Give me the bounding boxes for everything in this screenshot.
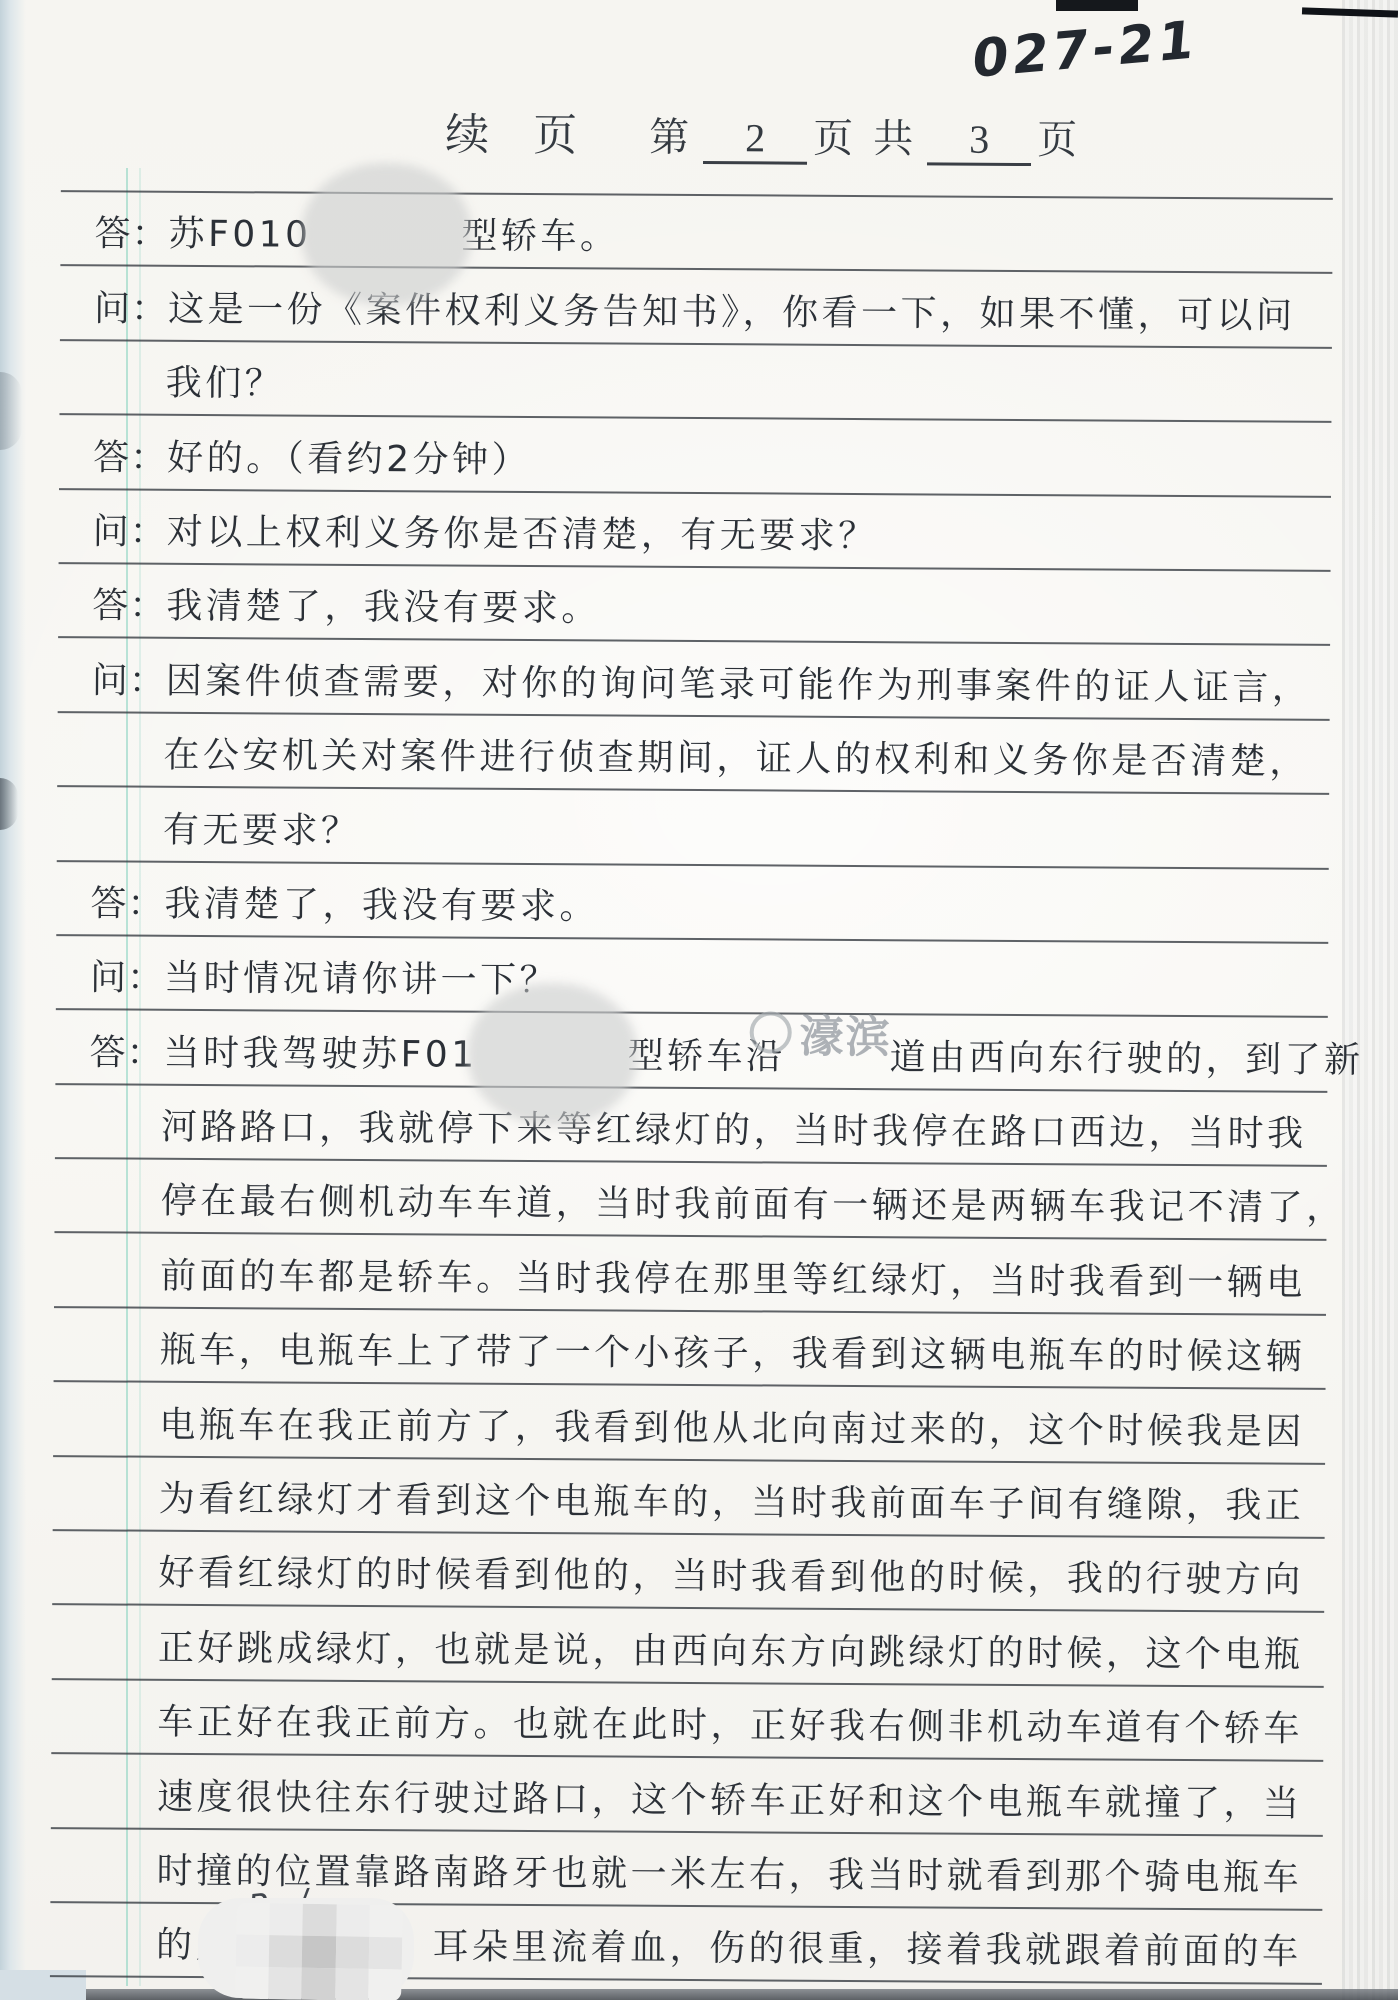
page-indicator-pages-label: 页: [813, 116, 861, 161]
transcript-row: 停在最右侧机动车车道，当时我前面有一辆还是两辆车我记不清了，: [54, 1159, 1326, 1241]
speaker-prefix: [91, 852, 163, 860]
text-segment: 当时情况请你讲一下？: [164, 958, 559, 1001]
transcript-row: 答：当时我驾驶苏F01型轿车沿濠滨道由西向东行驶的，到了新: [55, 1010, 1327, 1092]
handwritten-line: 河路路口，我就停下来等红绿灯的，当时我停在路口西边，当时我: [161, 1099, 1327, 1165]
speaker-prefix: [85, 1819, 157, 1827]
scan-edge-left: [0, 0, 26, 2000]
text-segment: 瓶车，电瓶车上了带了一个小孩子，我看到这辆电瓶车的时候这辆: [160, 1330, 1306, 1378]
text-segment: 正好跳成绿灯，也就是说，由西向东方向跳绿灯的时候，这个电瓶: [158, 1628, 1304, 1676]
speaker-prefix: 答：: [90, 875, 164, 934]
handwritten-line: 车正好在我正前方。也就在此时，正好我右侧非机动车道有个轿车: [157, 1694, 1323, 1760]
transcript-row: 问：因案件侦查需要，对你的询问笔录可能作为刑事案件的证人证言，: [58, 638, 1330, 720]
handwritten-line: 因案件侦查需要，对你的询问笔录可能作为刑事案件的证人证言，: [166, 653, 1330, 719]
speaker-prefix: [88, 1224, 160, 1232]
transcript-row: 速度很快往东行驶过路口，这个轿车正好和这个电瓶车就撞了，当: [51, 1754, 1323, 1836]
text-segment: 当时我驾驶苏F01: [163, 1032, 477, 1075]
text-segment: 道由西向东行驶的，到了新: [889, 1037, 1363, 1081]
speaker-prefix: [88, 1298, 160, 1306]
handwritten-line: 好看红绿灯的时候看到他的，当时我看到他的时候，我的行驶方向: [158, 1545, 1324, 1611]
handwritten-corner-code: 027-21: [970, 10, 1201, 90]
redaction-blur: [311, 235, 461, 248]
handwritten-line: 我们？: [165, 355, 1331, 421]
transcript-row: 车正好在我正前方。也就在此时，正好我右侧非机动车道有个轿车: [51, 1680, 1323, 1762]
text-segment: 车正好在我正前方。也就在此时，正好我右侧非机动车道有个轿车: [157, 1702, 1303, 1750]
handwritten-line: 当时我驾驶苏F01型轿车沿濠滨道由西向东行驶的，到了新: [163, 1024, 1363, 1090]
speaker-prefix: [85, 1745, 157, 1753]
scanned-document-page: { "scan": { "corner_code": "027-21", "wa…: [0, 0, 1398, 2000]
handwritten-line: 在公安机关对案件进行侦查期间，证人的权利和义务你是否清楚，: [163, 727, 1329, 793]
transcript-row: 在公安机关对案件进行侦查期间，证人的权利和义务你是否清楚，: [57, 713, 1329, 795]
handwritten-line: 前面的车都是轿车。当时我停在那里等红绿灯，当时我看到一辆电: [160, 1248, 1326, 1314]
text-segment: 电瓶车在我正前方了，我看到他从北向南过来的，这个时候我是因: [159, 1404, 1305, 1452]
text-segment: 河路路口，我就停下来等红绿灯的，当时我停在路口西边，当时我: [161, 1107, 1307, 1155]
text-segment: 我清楚了，我没有要求。: [164, 884, 599, 928]
speaker-prefix: 答：: [93, 429, 167, 488]
transcript-row: 答：我清楚了，我没有要求。: [56, 862, 1328, 944]
transcript-row: 问：这是一份《案件权利义务告知书》，你看一下，如果不懂，可以问: [60, 267, 1332, 349]
speaker-prefix: 答：: [94, 206, 168, 265]
page-indicator: 第2页共3页: [643, 106, 1091, 167]
page-indicator-of-label: 共: [873, 116, 921, 161]
page-number: 2: [703, 115, 807, 165]
text-segment: 因案件侦查需要，对你的询问笔录可能作为刑事案件的证人证言，: [166, 661, 1312, 709]
watermark-text: 濠滨: [800, 1000, 892, 1065]
speaker-prefix: [87, 1521, 159, 1529]
speaker-prefix: 问：: [93, 503, 167, 562]
transcript-row: 问：对以上权利义务你是否清楚，有无要求？: [59, 490, 1331, 572]
scan-artifact-line: [1056, 0, 1138, 11]
transcript-row: 前面的车都是轿车。当时我停在那里等红绿灯，当时我看到一辆电: [54, 1234, 1326, 1316]
text-segment: 型轿车。: [461, 216, 619, 258]
speaker-prefix: [88, 1373, 160, 1381]
speaker-prefix: [86, 1596, 158, 1604]
handwritten-line: 正好跳成绿灯，也就是说，由西向东方向跳绿灯的时候，这个电瓶: [158, 1620, 1324, 1686]
page-title: 续页: [445, 98, 621, 163]
transcript-row: 河路路口，我就停下来等红绿灯的，当时我停在路口西边，当时我: [55, 1085, 1327, 1167]
text-segment: 前面的车都是轿车。当时我停在那里等红绿灯，当时我看到一辆电: [160, 1256, 1306, 1304]
handwritten-line: 我清楚了，我没有要求。: [164, 876, 1328, 942]
paper-background: 027-21 续页 第2页共3页 答：苏F010型轿车。问：这是一份《案件权利义…: [0, 0, 1398, 2000]
transcript-row: 电瓶车在我正前方了，我看到他从北向南过来的，这个时候我是因: [53, 1382, 1325, 1464]
text-segment: 这是一份《案件权利义务告知书》，你看一下，如果不懂，可以问: [168, 289, 1296, 337]
text-segment: 停在最右侧机动车车道，当时我前面有一辆还是两辆车我记不清了，: [161, 1181, 1346, 1229]
text-segment: 在公安机关对案件进行侦查期间，证人的权利和义务你是否清楚，: [163, 735, 1309, 783]
page-fold-mark: [0, 372, 22, 450]
text-segment: 好看红绿灯的时候看到他的，当时我看到他的时候，我的行驶方向: [158, 1553, 1304, 1601]
handwritten-line: 瓶车，电瓶车上了带了一个小孩子，我看到这辆电瓶车的时候这辆: [160, 1322, 1326, 1388]
page-indicator-prefix: 第: [649, 115, 697, 160]
site-watermark: 濠滨: [750, 1000, 892, 1065]
redaction-blur: [478, 1054, 628, 1067]
handwritten-line: 我清楚了，我没有要求。: [166, 578, 1330, 644]
transcript-row: 正好跳成绿灯，也就是说，由西向东方向跳绿灯的时候，这个电瓶: [52, 1606, 1324, 1688]
text-segment: 我们？: [166, 363, 285, 405]
speaker-prefix: 答：: [89, 1024, 163, 1083]
text-segment: 苏F010: [168, 214, 311, 256]
speaker-prefix: [84, 1893, 156, 1901]
redaction-mosaic: [235, 1903, 403, 2000]
speaker-prefix: 问：: [94, 280, 168, 339]
transcript-row: 瓶车，电瓶车上了带了一个小孩子，我看到这辆电瓶车的时候这辆: [54, 1308, 1326, 1390]
total-pages: 3: [927, 116, 1031, 166]
speaker-prefix: [87, 1447, 159, 1455]
handwritten-line: 电瓶车在我正前方了，我看到他从北向南过来的，这个时候我是因: [159, 1396, 1325, 1462]
handwritten-line: 为看红绿灯才看到这个电瓶车的，当时我前面车子间有缝隙，我正: [159, 1471, 1325, 1537]
speaker-prefix: [86, 1670, 158, 1678]
transcript-row: 有无要求？: [57, 787, 1329, 869]
speaker-prefix: 答：: [92, 578, 166, 637]
speaker-prefix: [91, 777, 163, 785]
page-indicator-suffix: 页: [1037, 117, 1085, 162]
transcript-row: 答：好的。（看约2分钟）: [59, 415, 1331, 497]
transcript-row: 问：当时情况请你讲一下？: [56, 936, 1328, 1018]
transcript-row: 我们？: [59, 341, 1331, 423]
text-segment: 好的。（看约2分钟）: [167, 437, 531, 480]
transcript-row: 为看红绿灯才看到这个电瓶车的，当时我前面车子间有缝隙，我正: [53, 1457, 1325, 1539]
text-segment: 我清楚了，我没有要求。: [166, 586, 601, 630]
handwritten-line: 对以上权利义务你是否清楚，有无要求？: [167, 504, 1331, 570]
text-segment: 有无要求？: [163, 809, 361, 851]
handwritten-line: 苏F010型轿车。: [168, 206, 1332, 272]
watermark-gap: 濠滨: [786, 1056, 890, 1069]
speaker-prefix: 问：: [90, 950, 164, 1009]
text-segment: 为看红绿灯才看到这个电瓶车的，当时我前面车子间有缝隙，我正: [159, 1479, 1305, 1527]
speaker-prefix: 问：: [92, 652, 166, 711]
transcript-row: 答：苏F010型轿车。: [60, 192, 1332, 274]
speaker-prefix: [89, 1149, 161, 1157]
scan-edge-right: [1342, 0, 1398, 2000]
handwritten-line: 停在最右侧机动车车道，当时我前面有一辆还是两辆车我记不清了，: [160, 1173, 1345, 1239]
handwritten-line: 速度很快往东行驶过路口，这个轿车正好和这个电瓶车就撞了，当: [157, 1768, 1323, 1834]
handwritten-line: 有无要求？: [163, 801, 1329, 867]
text-segment: 速度很快往东行驶过路口，这个轿车正好和这个电瓶车就撞了，当: [157, 1776, 1303, 1824]
record-sheet: 续页 第2页共3页 答：苏F010型轿车。问：这是一份《案件权利义务告知书》，你…: [0, 0, 1398, 8]
speaker-prefix: [84, 1968, 156, 1976]
text-segment: 对以上权利义务你是否清楚，有无要求？: [167, 512, 878, 557]
handwritten-line: 当时情况请你讲一下？: [164, 950, 1328, 1016]
speaker-prefix: [93, 406, 165, 414]
transcript-row: 答：我清楚了，我没有要求。: [58, 564, 1330, 646]
watermark-ring-icon: [750, 1011, 792, 1053]
handwritten-line: 好的。（看约2分钟）: [167, 429, 1331, 495]
transcript-rows: 答：苏F010型轿车。问：这是一份《案件权利义务告知书》，你看一下，如果不懂，可…: [50, 190, 1333, 1985]
transcript-row: 好看红绿灯的时候看到他的，当时我看到他的时候，我的行驶方向: [52, 1531, 1324, 1613]
